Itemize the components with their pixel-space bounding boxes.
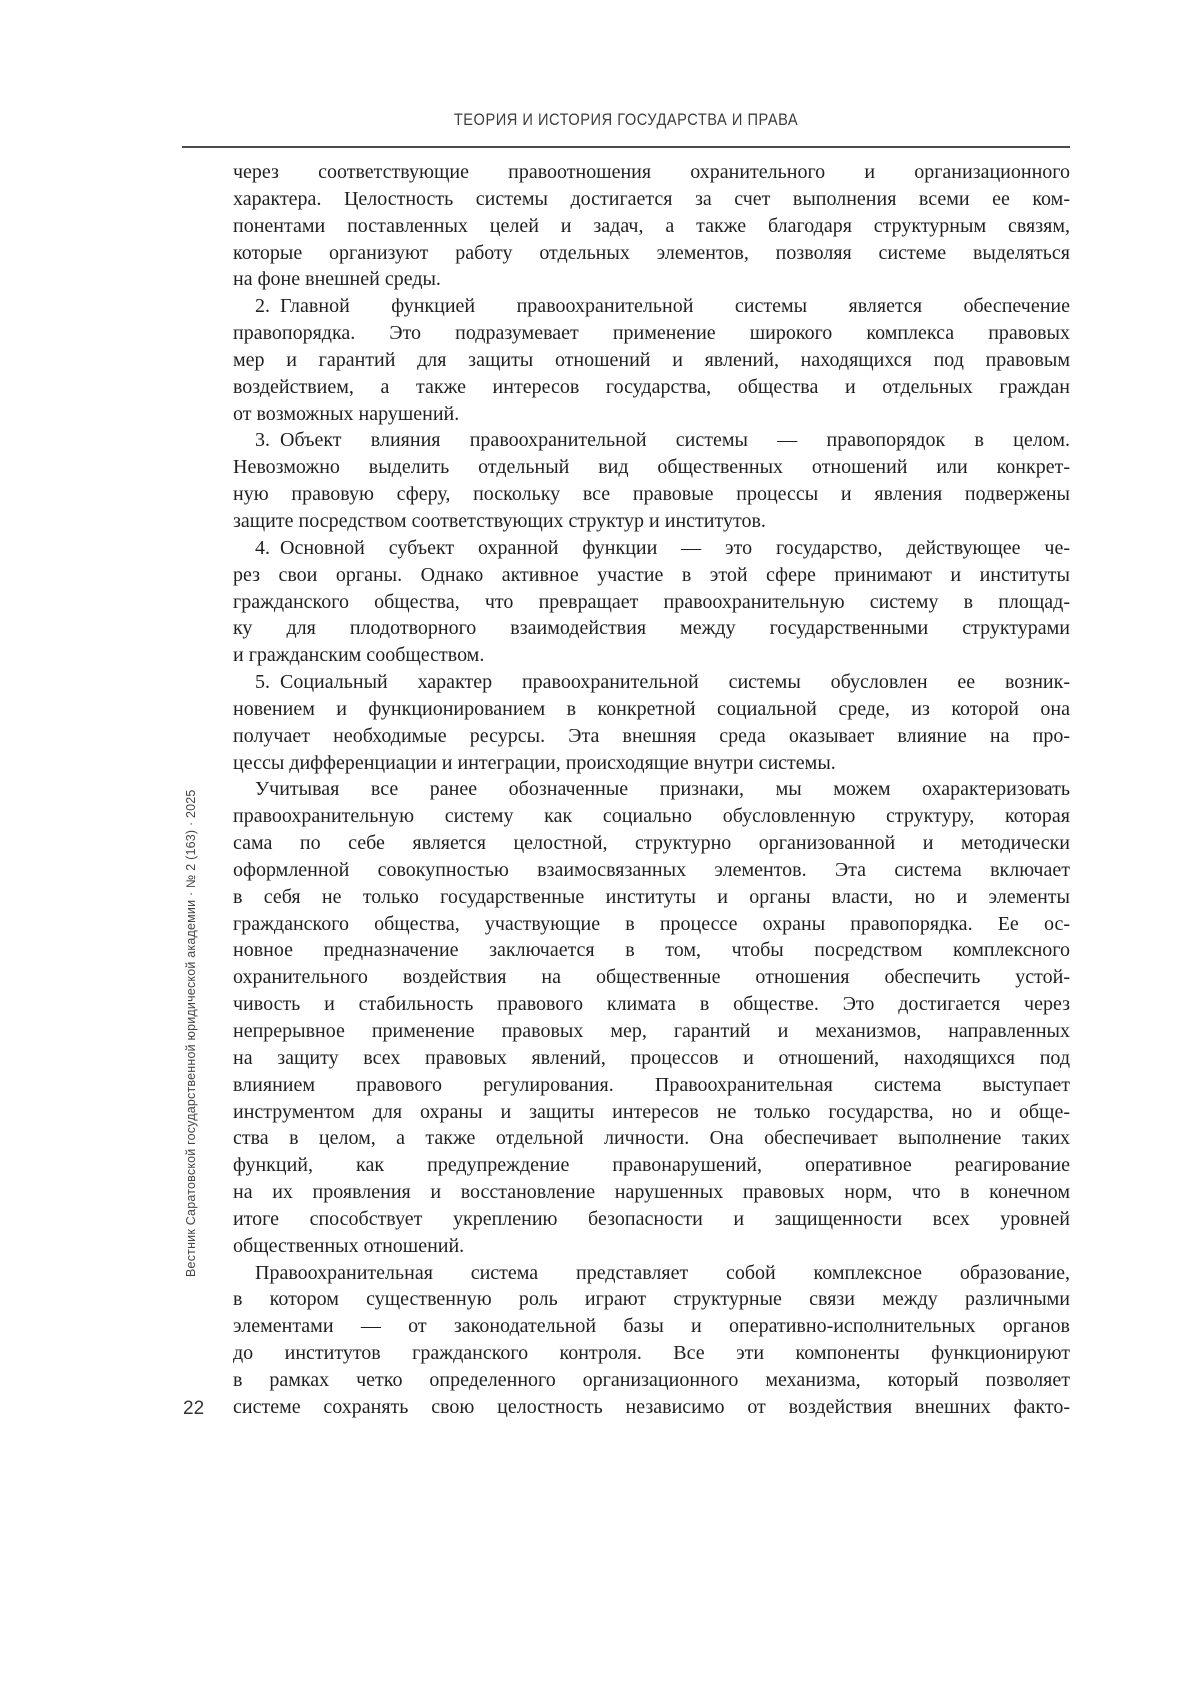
- text-line: Невозможно выделить отдельный вид общест…: [233, 454, 1070, 481]
- text-line: 5. Социальный характер правоохранительно…: [233, 669, 1070, 696]
- text-line: на защиту всех правовых явлений, процесс…: [233, 1045, 1070, 1072]
- text-line: на фоне внешней среды.: [233, 266, 1070, 293]
- running-head: ТЕОРИЯ И ИСТОРИЯ ГОСУДАРСТВА И ПРАВА: [244, 110, 1008, 130]
- text-line: в себя не только государственные институ…: [233, 884, 1070, 911]
- text-line: которые организуют работу отдельных элем…: [233, 240, 1070, 267]
- text-line: влиянием правового регулирования. Правоо…: [233, 1072, 1070, 1099]
- text-line: правопорядка. Это подразумевает применен…: [233, 320, 1070, 347]
- header-rule: [182, 146, 1070, 148]
- text-line: непрерывное применение правовых мер, гар…: [233, 1018, 1070, 1045]
- text-line: защите посредством соответствующих струк…: [233, 508, 1070, 535]
- text-line: до институтов гражданского контроля. Все…: [233, 1340, 1070, 1367]
- text-line: рез свои органы. Однако активное участие…: [233, 562, 1070, 589]
- text-line: сама по себе является целостной, структу…: [233, 830, 1070, 857]
- journal-sidebar-caption: Вестник Саратовской государственной юрид…: [184, 789, 198, 1277]
- text-line: в рамках четко определенного организацио…: [233, 1367, 1070, 1394]
- text-line: мер и гарантий для защиты отношений и яв…: [233, 347, 1070, 374]
- text-line: понентами поставленных целей и задач, а …: [233, 213, 1070, 240]
- text-line: оформленной совокупностью взаимосвязанны…: [233, 857, 1070, 884]
- text-line: Правоохранительная система представляет …: [233, 1260, 1070, 1287]
- text-line: получает необходимые ресурсы. Эта внешня…: [233, 723, 1070, 750]
- page-number: 22: [183, 1398, 204, 1420]
- text-line: новное предназначение заключается в том,…: [233, 937, 1070, 964]
- text-line: ства в целом, а также отдельной личности…: [233, 1125, 1070, 1152]
- text-line: ную правовую сферу, поскольку все правов…: [233, 481, 1070, 508]
- text-line: воздействием, а также интересов государс…: [233, 374, 1070, 401]
- journal-page: ТЕОРИЯ И ИСТОРИЯ ГОСУДАРСТВА И ПРАВА чер…: [0, 0, 1200, 1698]
- text-line: чивость и стабильность правового климата…: [233, 991, 1070, 1018]
- text-line: 4. Основной субъект охранной функции — э…: [233, 535, 1070, 562]
- text-line: 2. Главной функцией правоохранительной с…: [233, 293, 1070, 320]
- text-line: ку для плодотворного взаимодействия межд…: [233, 615, 1070, 642]
- text-line: характера. Целостность системы достигает…: [233, 186, 1070, 213]
- text-line: через соответствующие правоотношения охр…: [233, 159, 1070, 186]
- text-line: и гражданским сообществом.: [233, 642, 1070, 669]
- text-line: в котором существенную роль играют струк…: [233, 1286, 1070, 1313]
- text-line: Учитывая все ранее обозначенные признаки…: [233, 776, 1070, 803]
- text-line: гражданского общества, участвующие в про…: [233, 911, 1070, 938]
- text-line: 3. Объект влияния правоохранительной сис…: [233, 427, 1070, 454]
- text-line: новением и функционированием в конкретно…: [233, 696, 1070, 723]
- text-line: системе сохранять свою целостность незав…: [233, 1394, 1070, 1421]
- text-line: функций, как предупреждение правонарушен…: [233, 1152, 1070, 1179]
- text-line: инструментом для охраны и защиты интерес…: [233, 1099, 1070, 1126]
- text-line: элементами — от законодательной базы и о…: [233, 1313, 1070, 1340]
- text-line: на их проявления и восстановление наруше…: [233, 1179, 1070, 1206]
- text-line: итоге способствует укреплению безопаснос…: [233, 1206, 1070, 1233]
- text-line: охранительного воздействия на общественн…: [233, 964, 1070, 991]
- text-line: от возможных нарушений.: [233, 401, 1070, 428]
- text-line: правоохранительную систему как социально…: [233, 803, 1070, 830]
- article-body: через соответствующие правоотношения охр…: [233, 159, 1070, 1421]
- text-line: цессы дифференциации и интеграции, проис…: [233, 750, 1070, 777]
- text-line: гражданского общества, что превращает пр…: [233, 589, 1070, 616]
- text-line: общественных отношений.: [233, 1233, 1070, 1260]
